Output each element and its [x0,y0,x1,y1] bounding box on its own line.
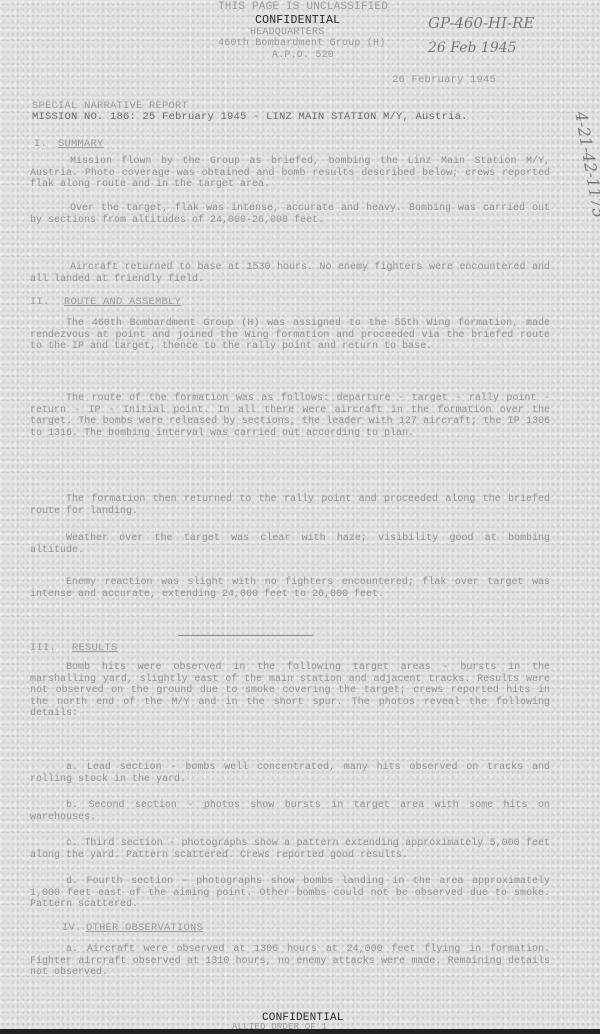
route-paragraph-3: The formation then returned to the rally… [30,494,550,517]
hq-line: HEADQUARTERS [250,27,324,38]
route-paragraph-5: Enemy reaction was slight with no fighte… [30,577,550,600]
handwritten-date: 26 Feb 1945 [428,40,517,56]
section-divider [178,635,313,636]
section-heading-other: OTHER OBSERVATIONS [86,922,203,934]
results-item-d: d. Fourth section - photographs show bom… [30,876,550,911]
section-number: I. [34,138,47,150]
results-item-a: a. Lead section - bombs well concentrate… [30,762,550,785]
handwritten-reference: GP-460-HI-RE [428,14,534,32]
summary-paragraph-2: Over the target, flak was intense, accur… [30,203,550,226]
scan-edge [0,1029,600,1034]
section-number: IV. [62,922,82,934]
route-paragraph-1: The 460th Bombardment Group (H) was assi… [30,318,550,353]
other-paragraph-1: a. Aircraft were observed at 1306 hours … [30,944,550,979]
section-heading-results: RESULTS [72,642,118,654]
section-heading-route: ROUTE AND ASSEMBLY [64,296,181,308]
apo-line: A.P.O. 520 [272,50,334,61]
mission-line: MISSION NO. 186: 25 February 1945 - LINZ… [32,111,468,123]
route-paragraph-4: Weather over the target was clear with h… [30,533,550,556]
section-number: III. [30,642,56,654]
scanned-document-page: THIS PAGE IS UNCLASSIFIED CONFIDENTIAL H… [0,0,600,1034]
results-item-b: b. Second section - photos show bursts i… [30,800,550,823]
document-date: 26 February 1945 [392,74,496,86]
unit-line: 460th Bombardment Group (H) [218,38,385,49]
route-paragraph-2: The route of the formation was as follow… [30,393,550,439]
results-item-c: c. Third section - photographs show a pa… [30,838,550,861]
summary-paragraph-1: Mission flown by the Group as briefed, b… [30,156,550,191]
summary-paragraph-3: Aircraft returned to base at 1530 hours.… [30,262,550,285]
results-paragraph-intro: Bomb hits were observed in the following… [30,662,550,720]
classification-header: CONFIDENTIAL [255,14,340,27]
section-number: II. [30,296,50,308]
margin-annotation: 4-21-42-1175 [571,110,600,220]
top-stamp: THIS PAGE IS UNCLASSIFIED [218,1,388,13]
section-heading-summary: SUMMARY [58,138,104,150]
